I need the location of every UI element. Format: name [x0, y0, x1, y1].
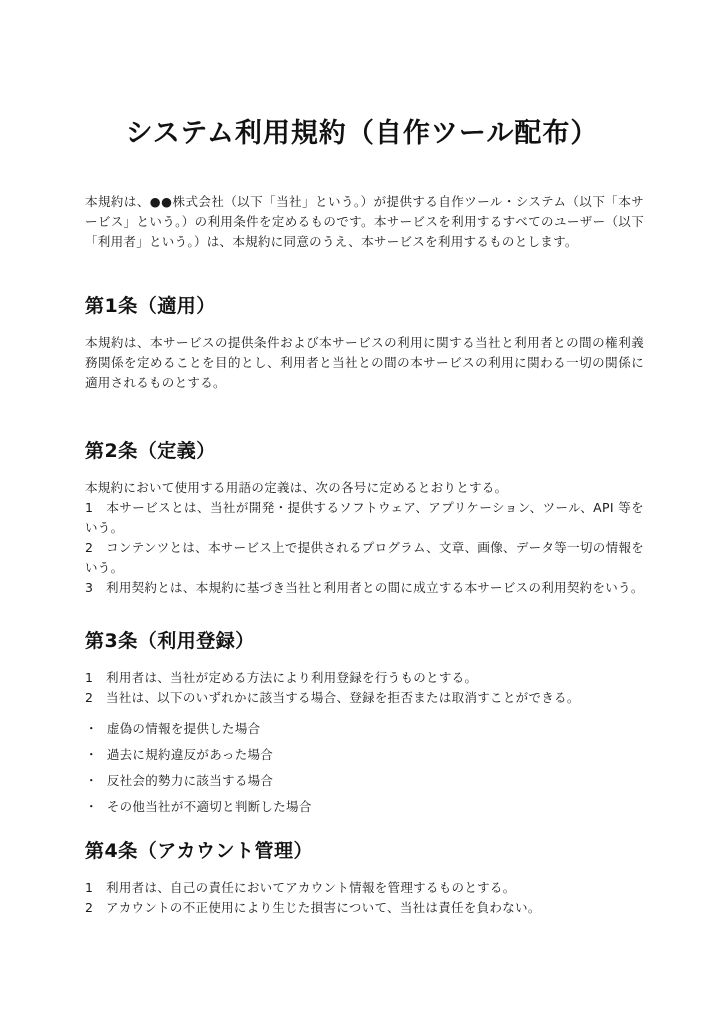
- article-1-heading: 第1条（適用）: [85, 294, 644, 318]
- article-4-item-1: 1 利用者は、自己の責任においてアカウント情報を管理するものとする。: [85, 878, 644, 898]
- bullet-marker: ・: [85, 768, 98, 794]
- bullet-item: ・過去に規約違反があった場合: [85, 742, 644, 768]
- article-3-item-1: 1 利用者は、当社が定める方法により利用登録を行うものとする。: [85, 668, 644, 688]
- article-3-heading: 第3条（利用登録）: [85, 629, 644, 653]
- document-title: システム利用規約（自作ツール配布）: [0, 116, 724, 152]
- article-section-3: 第3条（利用登録） 1 利用者は、当社が定める方法により利用登録を行うものとする…: [85, 629, 644, 820]
- article-4-item-2: 2 アカウントの不正使用により生じた損害について、当社は責任を負わない。: [85, 898, 644, 918]
- registration-refusal-list: ・虚偽の情報を提供した場合 ・過去に規約違反があった場合 ・反社会的勢力に該当す…: [85, 716, 644, 820]
- article-2-heading: 第2条（定義）: [85, 439, 644, 463]
- bullet-item-label: 反社会的勢力に該当する場合: [107, 773, 273, 788]
- article-2-item-1: 1 本サービスとは、当社が開発・提供するソフトウェア、アプリケーション、ツール、…: [85, 498, 644, 538]
- bullet-item-label: 虚偽の情報を提供した場合: [107, 721, 261, 736]
- article-2-intro-paragraph: 本規約において使用する用語の定義は、次の各号に定めるとおりとする。: [85, 478, 644, 498]
- bullet-marker: ・: [85, 742, 98, 768]
- article-4-heading: 第4条（アカウント管理）: [85, 839, 644, 863]
- article-section-1: 第1条（適用） 本規約は、本サービスの提供条件および本サービスの利用に関する当社…: [85, 294, 644, 393]
- article-2-item-3: 3 利用契約とは、本規約に基づき当社と利用者との間に成立する本サービスの利用契約…: [85, 578, 644, 598]
- article-3-item-2: 2 当社は、以下のいずれかに該当する場合、登録を拒否または取消すことができる。: [85, 688, 644, 708]
- document-page: システム利用規約（自作ツール配布） 本規約は、●●株式会社（以下「当社」という。…: [0, 0, 724, 1024]
- bullet-item: ・その他当社が不適切と判断した場合: [85, 794, 644, 820]
- intro-paragraph: 本規約は、●●株式会社（以下「当社」という。）が提供する自作ツール・システム（以…: [85, 192, 644, 252]
- bullet-item-label: その他当社が不適切と判断した場合: [107, 799, 312, 814]
- bullet-marker: ・: [85, 794, 98, 820]
- article-section-4: 第4条（アカウント管理） 1 利用者は、自己の責任においてアカウント情報を管理す…: [85, 839, 644, 918]
- bullet-item-label: 過去に規約違反があった場合: [107, 747, 273, 762]
- bullet-marker: ・: [85, 716, 98, 742]
- article-2-item-2: 2 コンテンツとは、本サービス上で提供されるプログラム、文章、画像、データ等一切…: [85, 538, 644, 578]
- article-section-2: 第2条（定義） 本規約において使用する用語の定義は、次の各号に定めるとおりとする…: [85, 439, 644, 598]
- article-1-paragraph: 本規約は、本サービスの提供条件および本サービスの利用に関する当社と利用者との間の…: [85, 333, 644, 393]
- bullet-item: ・反社会的勢力に該当する場合: [85, 768, 644, 794]
- bullet-item: ・虚偽の情報を提供した場合: [85, 716, 644, 742]
